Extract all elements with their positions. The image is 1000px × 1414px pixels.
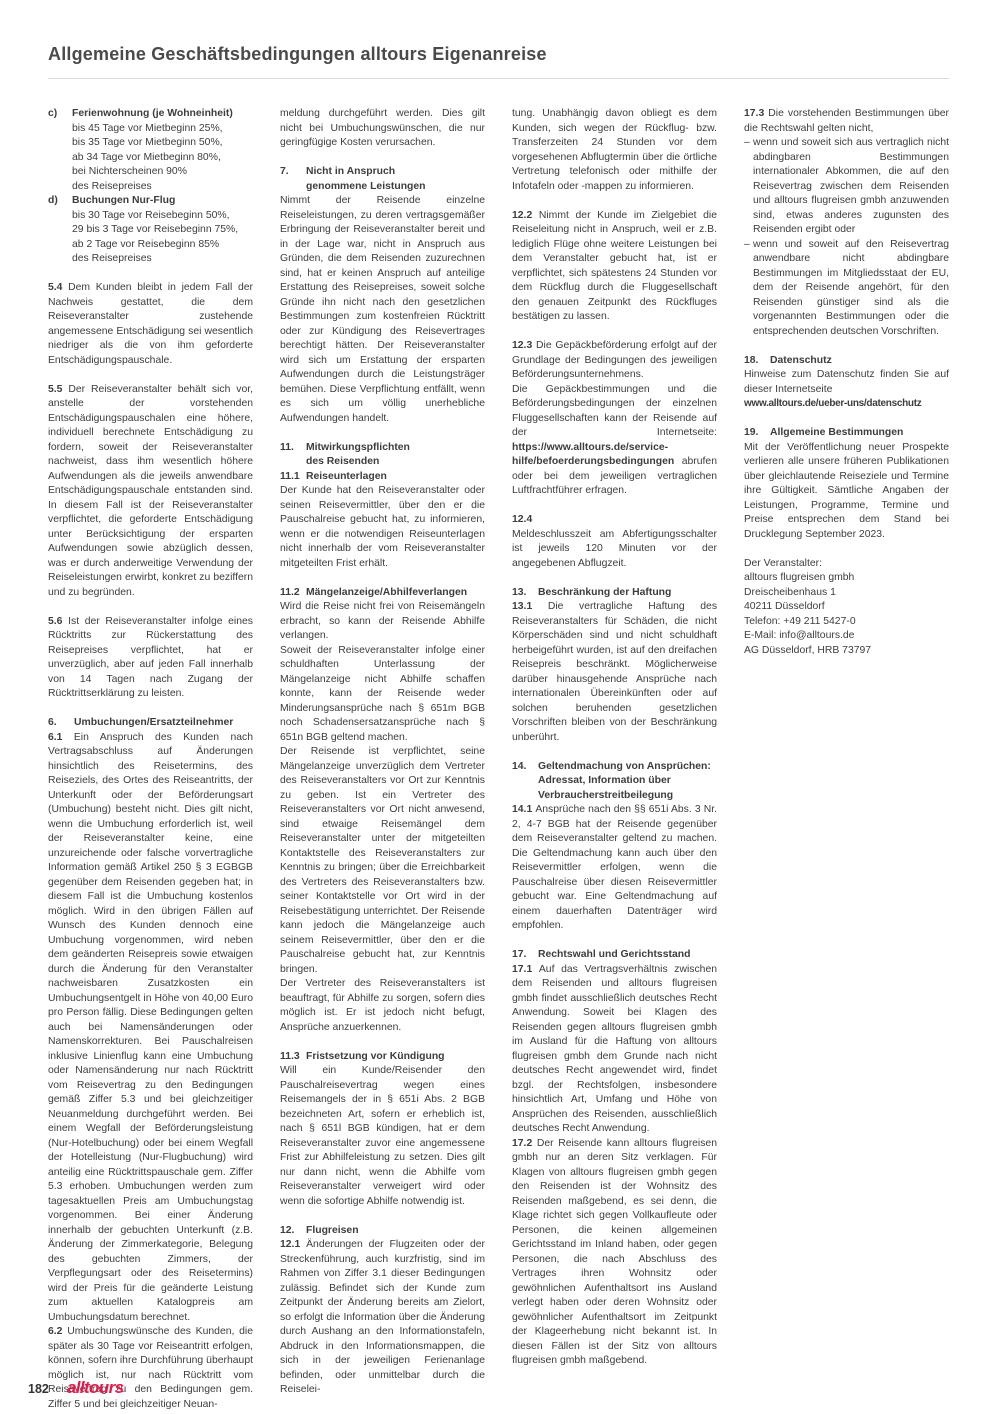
section-heading: 6.Umbuchungen/Ersatzteilnehmer (48, 716, 253, 731)
section-heading-line: Allgemeine Bestimmungen (770, 426, 949, 441)
item-line: 29 bis 3 Tage vor Reisebeginn 75%, (72, 223, 253, 238)
section-heading-line: Reiseunterlagen (306, 470, 485, 485)
body-text: Der Reisende kann alltours flugreisen gm… (512, 1138, 717, 1367)
body-text: Mit der Veröffentlichung neuer Prospekte… (744, 442, 949, 540)
body-text: Hinweise zum Datenschutz finden Sie auf … (744, 369, 949, 395)
dash-item: –wenn und soweit auf den Reisevertrag an… (744, 238, 949, 340)
section-heading: 18.Datenschutz (744, 354, 949, 369)
section-number: 14. (512, 760, 526, 775)
alltours-logo: alltours (67, 1378, 124, 1398)
section-heading: 11.Mitwirkungspflichtendes Reisenden (280, 441, 485, 470)
address-line: alltours flugreisen gmbh (744, 571, 949, 586)
clause-number: 17.1 (512, 964, 532, 975)
body-text: Die vorstehenden Bestimmungen über die R… (744, 108, 949, 134)
section-heading-line: Beschränkung der Haftung (538, 586, 717, 601)
section-heading-line: Mängelanzeige/Abhilfeverlangen (306, 586, 485, 601)
paragraph: Der Kunde hat den Reiseveranstalter oder… (280, 484, 485, 571)
header-divider (48, 78, 949, 79)
text-columns: c)Ferienwohnung (je Wohneinheit)bis 45 T… (48, 107, 949, 1412)
item-line: bis 35 Tage vor Mietbeginn 50%, (72, 136, 253, 151)
clause-number: 17.3 (744, 108, 764, 119)
body-text: Meldeschlusszeit am Abfertigungsschalter… (512, 529, 717, 569)
section-number: 11.2 (280, 586, 300, 601)
address-line: Der Veranstalter: (744, 557, 949, 572)
paragraph: Die Gepäckbestimmungen und die Beförderu… (512, 383, 717, 499)
section-heading-line: des Reisenden (306, 455, 485, 470)
address-line: Dreischeibenhaus 1 (744, 586, 949, 601)
column-4: 17.3 Die vorstehenden Bestimmungen über … (744, 107, 949, 1412)
page-number: 182 (28, 1382, 49, 1396)
paragraph: 5.6 Ist der Reiseveranstalter infolge ei… (48, 615, 253, 702)
body-text: Ansprüche nach den §§ 651i Abs. 3 Nr. 2,… (512, 804, 717, 931)
paragraph: www.alltours.de/ueber-uns/datenschutz (744, 397, 949, 412)
clause-number: 5.6 (48, 616, 62, 627)
section-heading: 19.Allgemeine Bestimmungen (744, 426, 949, 441)
paragraph: 6.2 Umbuchungswünsche des Kunden, die sp… (48, 1325, 253, 1412)
clause-number: 5.5 (48, 384, 62, 395)
body-text: Der Kunde hat den Reiseveranstalter oder… (280, 485, 485, 569)
body-text: Änderungen der Flugzeiten oder der Strec… (280, 1239, 485, 1395)
paragraph: 12.2 Nimmt der Kunde im Zielgebiet die R… (512, 209, 717, 325)
paragraph: Mit der Veröffentlichung neuer Prospekte… (744, 441, 949, 543)
clause-item: d)Buchungen Nur-Flugbis 30 Tage vor Reis… (48, 194, 253, 267)
document-page: Allgemeine Geschäftsbedingungen alltours… (0, 0, 1000, 1412)
body-text: Dem Kunden bleibt in jedem Fall der Nach… (48, 282, 253, 366)
clause-number: 5.4 (48, 282, 62, 293)
section-heading-line: Geltendmachung von Ansprüchen: (538, 760, 717, 775)
item-title: Buchungen Nur-Flug (72, 194, 253, 209)
body-text: Ist der Reiseveranstalter infolge eines … (48, 616, 253, 700)
item-line: bis 45 Tage vor Mietbeginn 25%, (72, 122, 253, 137)
paragraph: 17.3 Die vorstehenden Bestimmungen über … (744, 107, 949, 136)
section-heading-line: Umbuchungen/Ersatzteilnehmer (74, 716, 253, 731)
url-text: www.alltours.de/ueber-uns/datenschutz (744, 398, 921, 409)
section-heading-line: Datenschutz (770, 354, 949, 369)
section-heading: 11.3Fristsetzung vor Kündigung (280, 1050, 485, 1065)
paragraph: 17.1 Auf das Vertragsverhältnis zwischen… (512, 963, 717, 1137)
column-1: c)Ferienwohnung (je Wohneinheit)bis 45 T… (48, 107, 253, 1412)
body-text: Die Gepäckbestimmungen und die Beförderu… (512, 384, 717, 439)
body-text: Die Gepäckbeförderung erfolgt auf der Gr… (512, 340, 717, 380)
item-line: bei Nichterscheinen 90% (72, 165, 253, 180)
clause-number: 12.2 (512, 210, 532, 221)
section-heading: 7.Nicht in Anspruchgenommene Leistungen (280, 165, 485, 194)
item-label: c) (48, 107, 57, 122)
section-number: 11.1 (280, 470, 300, 485)
section-number: 18. (744, 354, 758, 369)
body-text: Nimmt der Reisende einzelne Reiseleistun… (280, 195, 485, 424)
section-heading-line: Rechtswahl und Gerichtsstand (538, 948, 717, 963)
section-number: 11. (280, 441, 294, 456)
section-heading-line: Flugreisen (306, 1224, 485, 1239)
paragraph: 12.4Meldeschlusszeit am Abfertigungsscha… (512, 513, 717, 571)
column-3: tung. Unabhängig davon obliegt es dem Ku… (512, 107, 717, 1412)
body-text: Will ein Kunde/Reisender den Pauschalrei… (280, 1065, 485, 1207)
dash-bullet: – (744, 238, 750, 253)
paragraph: meldung durchgeführt werden. Dies gilt n… (280, 107, 485, 151)
paragraph: Der Reisende ist verpflichtet, seine Män… (280, 745, 485, 977)
section-number: 12. (280, 1224, 294, 1239)
body-text: Wird die Reise nicht frei von Reisemänge… (280, 601, 485, 641)
section-number: 6. (48, 716, 57, 731)
paragraph: 5.5 Der Reiseveranstalter behält sich vo… (48, 383, 253, 601)
clause-number: 6.1 (48, 732, 62, 743)
paragraph: 6.1 Ein Anspruch des Kunden nach Vertrag… (48, 731, 253, 1326)
address-line: E-Mail: info@alltours.de (744, 629, 949, 644)
item-label: d) (48, 194, 58, 209)
body-text: Der Reisende ist verpflichtet, seine Män… (280, 746, 485, 975)
body-text: Die vertragliche Haftung des Reiseverans… (512, 601, 717, 743)
paragraph: 14.1 Ansprüche nach den §§ 651i Abs. 3 N… (512, 803, 717, 934)
paragraph: 13.1 Die vertragliche Haftung des Reisev… (512, 600, 717, 745)
section-heading-line: Nicht in Anspruch (306, 165, 485, 180)
body-text: meldung durchgeführt werden. Dies gilt n… (280, 108, 485, 148)
dash-bullet: – (744, 136, 750, 151)
address-line: Telefon: +49 211 5427-0 (744, 615, 949, 630)
clause-number: 12.1 (280, 1239, 300, 1250)
page-title: Allgemeine Geschäftsbedingungen alltours… (48, 0, 949, 65)
section-number: 19. (744, 426, 758, 441)
section-heading-line: Fristsetzung vor Kündigung (306, 1050, 485, 1065)
item-line: des Reisepreises (72, 252, 253, 267)
url-text: https://www.alltours.de/service-hilfe/be… (512, 442, 674, 468)
body-text: Soweit der Reiseveranstalter infolge ein… (280, 645, 485, 743)
section-number: 17. (512, 948, 526, 963)
section-heading: 14.Geltendmachung von Ansprüchen:Adressa… (512, 760, 717, 804)
address-block: Der Veranstalter:alltours flugreisen gmb… (744, 557, 949, 659)
clause-number: 6.2 (48, 1326, 62, 1337)
page-footer: 182 alltours (28, 1378, 123, 1398)
body-text: Nimmt der Kunde im Zielgebiet die Reisel… (512, 210, 717, 323)
section-heading: 11.1Reiseunterlagen (280, 470, 485, 485)
section-heading: 11.2Mängelanzeige/Abhilfeverlangen (280, 586, 485, 601)
section-number: 13. (512, 586, 526, 601)
paragraph: 17.2 Der Reisende kann alltours flugreis… (512, 1137, 717, 1369)
paragraph: Will ein Kunde/Reisender den Pauschalrei… (280, 1064, 485, 1209)
clause-item: c)Ferienwohnung (je Wohneinheit)bis 45 T… (48, 107, 253, 194)
body-text: Der Vertreter des Reiseveranstalters ist… (280, 978, 485, 1033)
paragraph: Hinweise zum Datenschutz finden Sie auf … (744, 368, 949, 397)
column-2: meldung durchgeführt werden. Dies gilt n… (280, 107, 485, 1412)
section-number: 11.3 (280, 1050, 300, 1065)
body-text: Auf das Vertragsverhältnis zwischen dem … (512, 964, 717, 1135)
section-heading-line: Verbraucherstreitbeilegung (538, 789, 717, 804)
item-line: bis 30 Tage vor Reisebeginn 50%, (72, 209, 253, 224)
item-line: ab 2 Tage vor Reisebeginn 85% (72, 238, 253, 253)
paragraph: tung. Unabhängig davon obliegt es dem Ku… (512, 107, 717, 194)
body-text: Der Reiseveranstalter behält sich vor, a… (48, 384, 253, 598)
clause-number: 14.1 (512, 804, 532, 815)
section-heading-line: genommene Leistungen (306, 180, 485, 195)
address-line: AG Düsseldorf, HRB 73797 (744, 644, 949, 659)
clause-number: 12.4 (512, 513, 717, 528)
clause-number: 13.1 (512, 601, 532, 612)
item-line: des Reisepreises (72, 180, 253, 195)
item-line: ab 34 Tage vor Mietbeginn 80%, (72, 151, 253, 166)
section-heading: 12.Flugreisen (280, 1224, 485, 1239)
body-text: wenn und soweit sich aus vertraglich nic… (753, 137, 949, 235)
paragraph: Wird die Reise nicht frei von Reisemänge… (280, 600, 485, 644)
paragraph: Soweit der Reiseveranstalter infolge ein… (280, 644, 485, 746)
section-number: 7. (280, 165, 289, 180)
paragraph: 12.1 Änderungen der Flugzeiten oder der … (280, 1238, 485, 1398)
section-heading: 17.Rechtswahl und Gerichtsstand (512, 948, 717, 963)
clause-number: 12.3 (512, 340, 532, 351)
item-title: Ferienwohnung (je Wohneinheit) (72, 107, 253, 122)
section-heading-line: Adressat, Information über (538, 774, 717, 789)
body-text: Ein Anspruch des Kunden nach Vertragsabs… (48, 732, 253, 1323)
paragraph: 12.3 Die Gepäckbeförderung erfolgt auf d… (512, 339, 717, 383)
section-heading-line: Mitwirkungspflichten (306, 441, 485, 456)
dash-item: –wenn und soweit sich aus vertraglich ni… (744, 136, 949, 238)
body-text: wenn und soweit auf den Reisevertrag anw… (753, 239, 949, 337)
address-line: 40211 Düsseldorf (744, 600, 949, 615)
clause-number: 17.2 (512, 1138, 532, 1149)
section-heading: 13.Beschränkung der Haftung (512, 586, 717, 601)
paragraph: 5.4 Dem Kunden bleibt in jedem Fall der … (48, 281, 253, 368)
paragraph: Nimmt der Reisende einzelne Reiseleistun… (280, 194, 485, 426)
paragraph: Der Vertreter des Reiseveranstalters ist… (280, 977, 485, 1035)
body-text: tung. Unabhängig davon obliegt es dem Ku… (512, 108, 717, 192)
